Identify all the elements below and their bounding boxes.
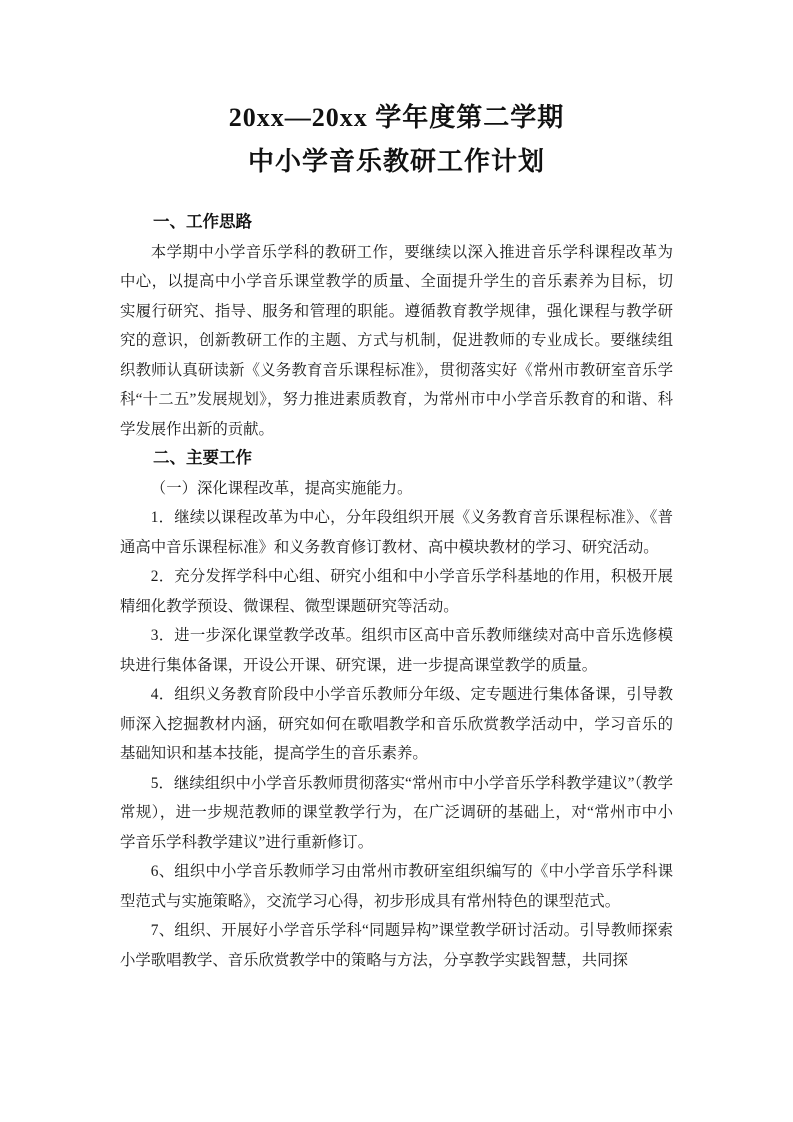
document-title-line2: 中小学音乐教研工作计划: [120, 140, 673, 184]
paragraph-work-approach: 本学期中小学音乐学科的教研工作，要继续以深入推进音乐学科课程改革为中心，以提高中…: [120, 238, 673, 445]
paragraph-item-2: 2．充分发挥学科中心组、研究小组和中小学音乐学科基地的作用，积极开展精细化教学预…: [120, 562, 673, 621]
section-heading-main-tasks: 二、主要工作: [120, 444, 673, 474]
document-title-line1: 20xx—20xx 学年度第二学期: [120, 96, 673, 140]
paragraph-item-4: 4．组织义务教育阶段中小学音乐教师分年级、定专题进行集体备课，引导教师深入挖掘教…: [120, 680, 673, 769]
paragraph-item-3: 3．进一步深化课堂教学改革。组织市区高中音乐教师继续对高中音乐选修模块进行集体备…: [120, 621, 673, 680]
document-page: 20xx—20xx 学年度第二学期 中小学音乐教研工作计划 一、工作思路 本学期…: [0, 0, 793, 1122]
paragraph-item-7: 7、组织、开展好小学音乐学科“同题异构”课堂教学研讨活动。引导教师探索小学歌唱教…: [120, 916, 673, 975]
paragraph-item-6: 6、组织中小学音乐教师学习由常州市教研室组织编写的《中小学音乐学科课型范式与实施…: [120, 857, 673, 916]
paragraph-subsection-1: （一）深化课程改革，提高实施能力。: [120, 474, 673, 504]
paragraph-item-5: 5．继续组织中小学音乐教师贯彻落实“常州市中小学音乐学科教学建议”（教学常规），…: [120, 769, 673, 858]
paragraph-item-1: 1．继续以课程改革为中心，分年段组织开展《义务教育音乐课程标准》、《普通高中音乐…: [120, 503, 673, 562]
section-heading-work-approach: 一、工作思路: [120, 208, 673, 238]
